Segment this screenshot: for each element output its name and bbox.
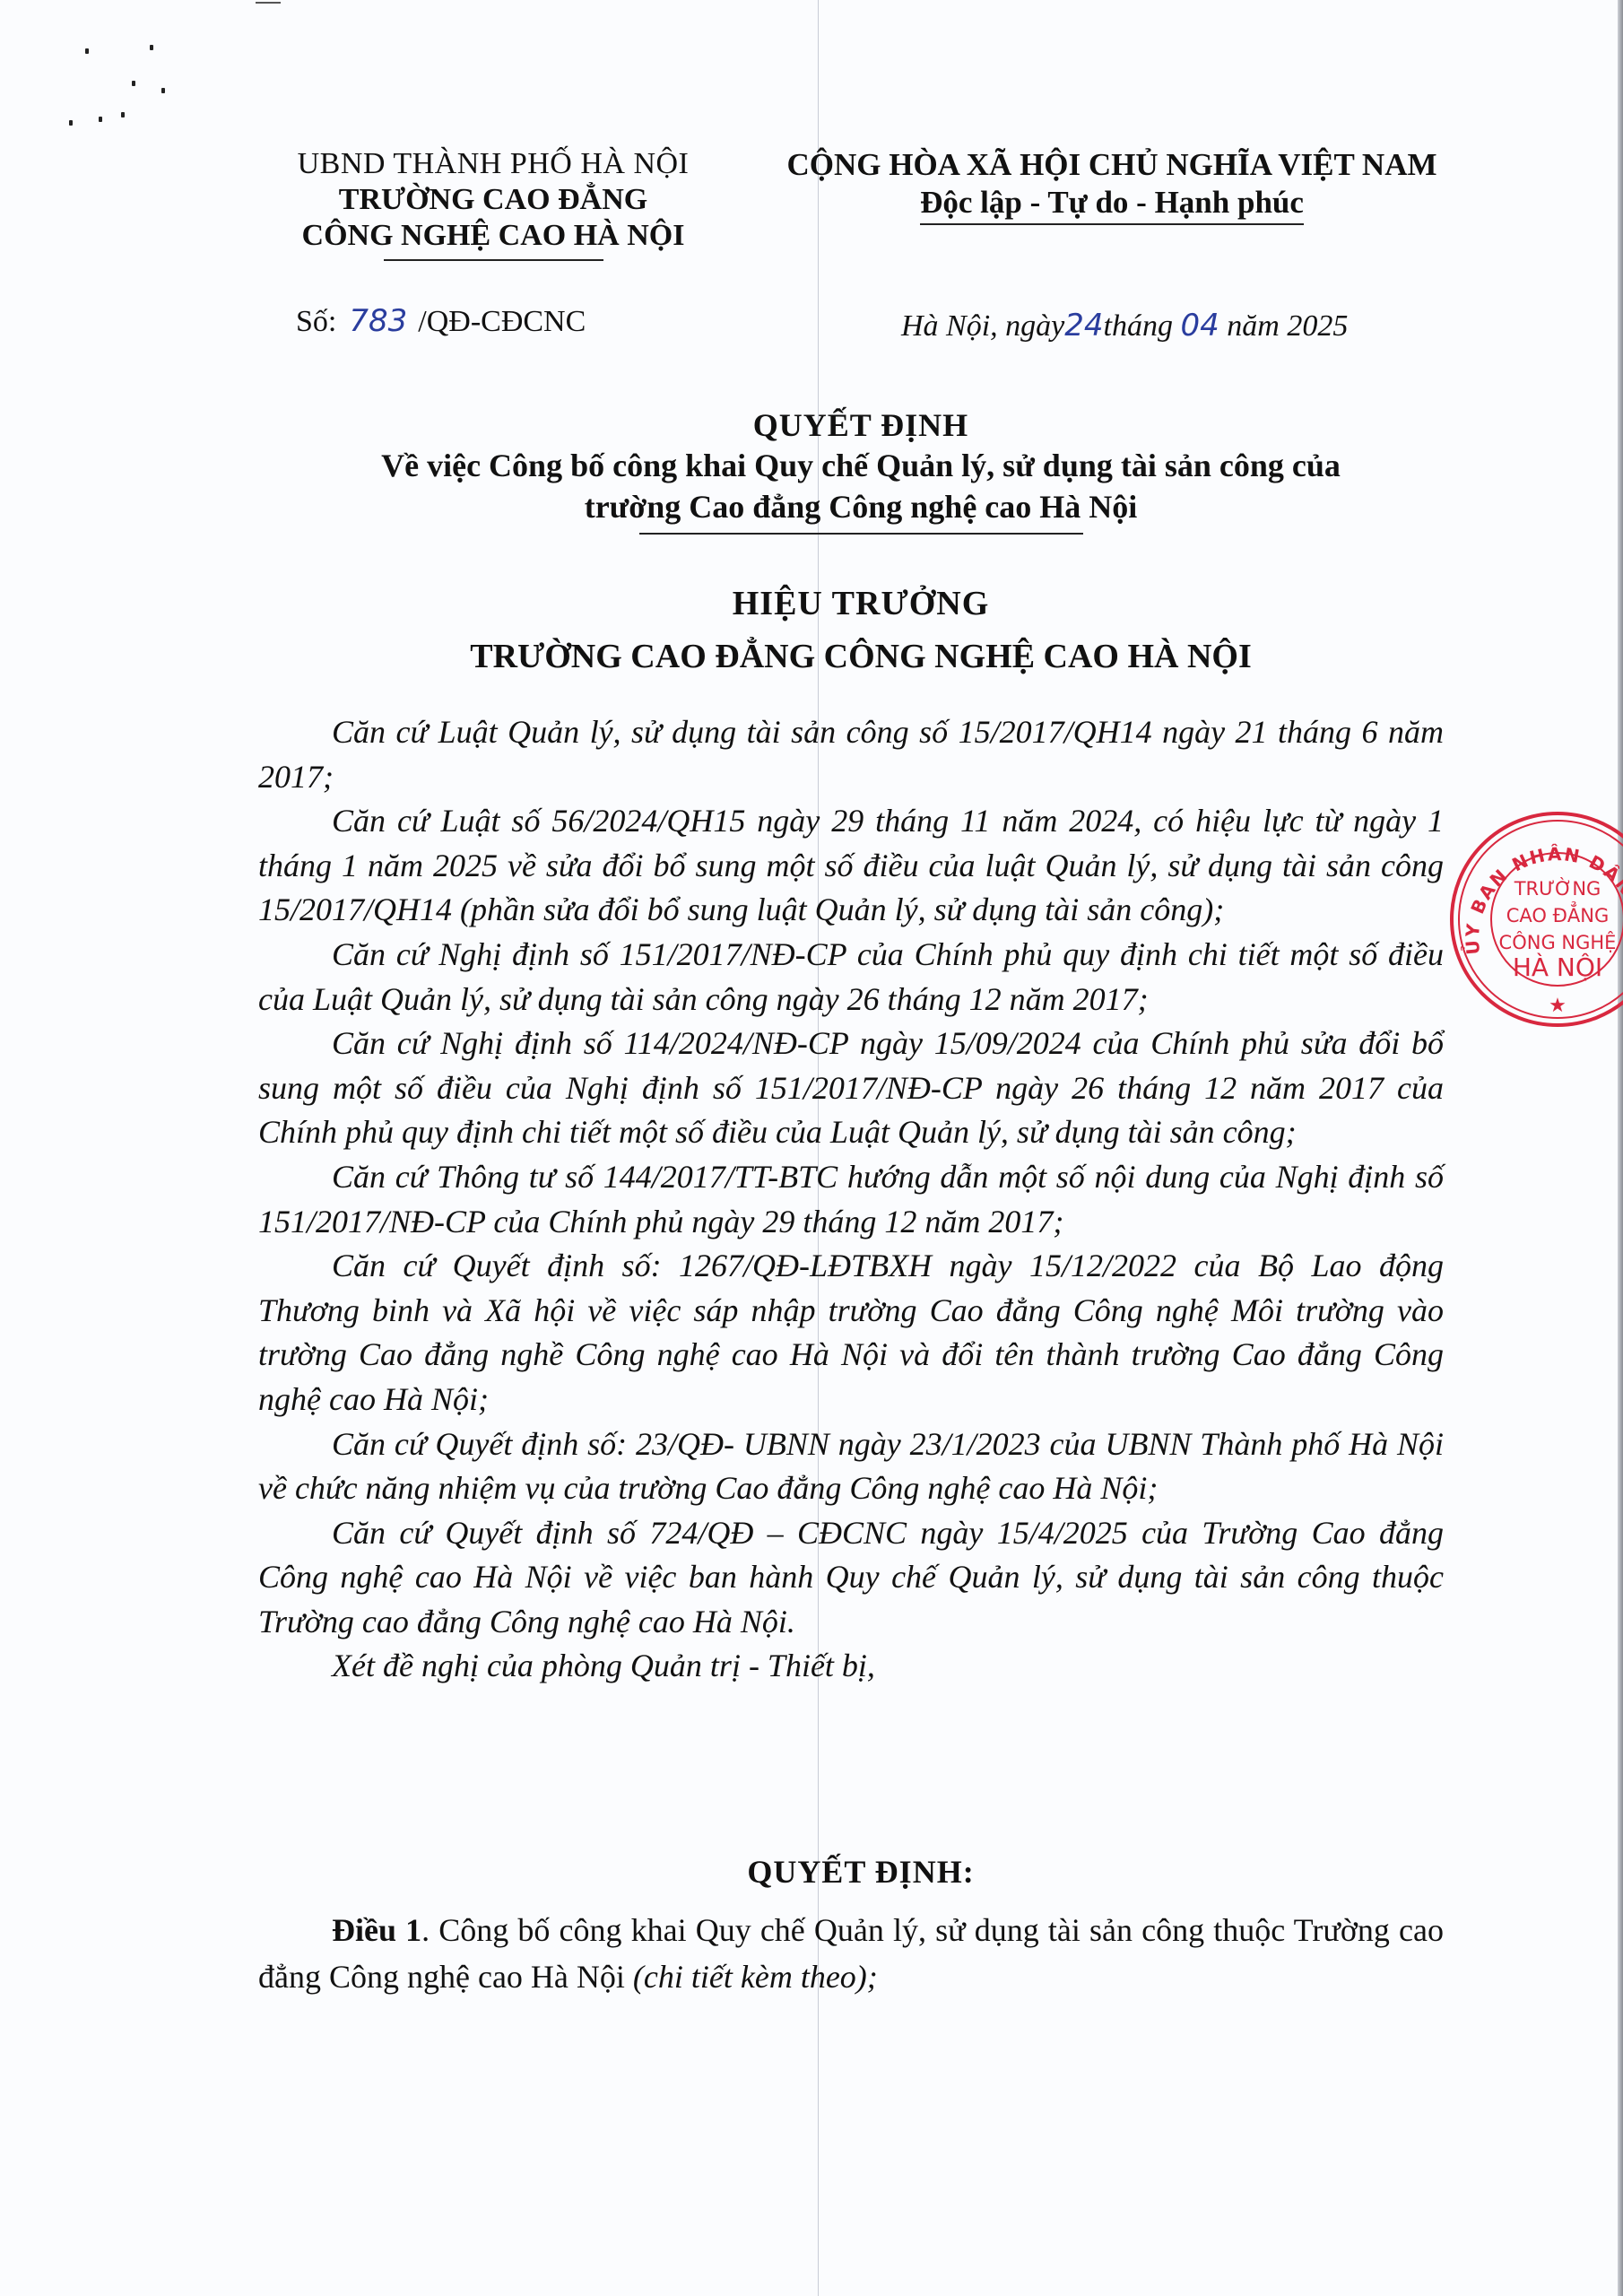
year-text: năm 2025 xyxy=(1227,309,1348,343)
svg-text:HÀ NỘI: HÀ NỘI xyxy=(1513,952,1602,982)
svg-text:CAO ĐẲNG: CAO ĐẲNG xyxy=(1506,901,1610,926)
document-type: QUYẾT ĐỊNH xyxy=(269,405,1453,445)
legal-basis-item: Căn cứ Luật số 56/2024/QH15 ngày 29 thán… xyxy=(258,799,1444,933)
legal-basis-item: Căn cứ Thông tư số 144/2017/TT-BTC hướng… xyxy=(258,1155,1444,1244)
national-motto: Độc lập - Tự do - Hạnh phúc xyxy=(920,184,1304,225)
proposal-basis: Xét đề nghị của phòng Quản trị - Thiết b… xyxy=(258,1644,1444,1689)
month-label: tháng xyxy=(1104,309,1173,343)
seal-icon: ỦY BAN NHÂN DÂN THÀNH PHỐ HÀ NỘI TRƯỜNGC… xyxy=(1445,807,1623,1031)
staple-marks xyxy=(49,45,175,143)
document-subject-line2: trường Cao đẳng Công nghệ cao Hà Nội xyxy=(269,486,1453,527)
document-page: UBND THÀNH PHỐ HÀ NỘI TRƯỜNG CAO ĐẲNG CÔ… xyxy=(0,0,1623,2296)
legal-basis-item: Căn cứ Quyết định số 724/QĐ – CĐCNC ngày… xyxy=(258,1511,1444,1645)
organization-name-line2: CÔNG NGHỆ CAO HÀ NỘI xyxy=(260,218,726,254)
document-subject-line1: Về việc Công bố công khai Quy chế Quản l… xyxy=(269,445,1453,486)
authority-title: HIỆU TRƯỞNG xyxy=(269,581,1453,626)
header-divider xyxy=(384,259,603,261)
svg-text:TRƯỜNG: TRƯỜNG xyxy=(1514,877,1601,900)
legal-basis-item: Căn cứ Quyết định số: 23/QĐ- UBNN ngày 2… xyxy=(258,1422,1444,1511)
authority-organization: TRƯỜNG CAO ĐẲNG CÔNG NGHỆ CAO HÀ NỘI xyxy=(269,631,1453,682)
official-seal: ỦY BAN NHÂN DÂN THÀNH PHỐ HÀ NỘI TRƯỜNGC… xyxy=(1445,807,1623,1031)
day-handwritten: 24 xyxy=(1064,308,1103,344)
legal-basis-item: Căn cứ Luật Quản lý, sử dụng tài sản côn… xyxy=(258,710,1444,799)
organization-name-line1: TRƯỜNG CAO ĐẲNG xyxy=(260,182,726,218)
svg-text:★: ★ xyxy=(1549,994,1567,1016)
issuing-authority-block: UBND THÀNH PHỐ HÀ NỘI TRƯỜNG CAO ĐẲNG CÔ… xyxy=(260,146,726,261)
document-number: Số:783/QĐ-CĐCNC xyxy=(296,303,586,339)
svg-text:CÔNG NGHỆ: CÔNG NGHỆ xyxy=(1499,931,1617,953)
scan-mark xyxy=(256,2,281,4)
date-prefix: Hà Nội, ngày xyxy=(901,309,1064,343)
parent-organization: UBND THÀNH PHỐ HÀ NỘI xyxy=(260,146,726,182)
legal-basis-item: Căn cứ Quyết định số: 1267/QĐ-LĐTBXH ngà… xyxy=(258,1244,1444,1422)
signing-authority: HIỆU TRƯỞNG TRƯỜNG CAO ĐẲNG CÔNG NGHỆ CA… xyxy=(269,581,1453,682)
legal-basis-item: Căn cứ Nghị định số 151/2017/NĐ-CP của C… xyxy=(258,933,1444,1022)
title-divider xyxy=(639,533,1083,535)
document-title-block: QUYẾT ĐỊNH Về việc Công bố công khai Quy… xyxy=(269,405,1453,535)
doc-number-handwritten: 783 xyxy=(349,303,407,339)
issue-date: Hà Nội, ngày24tháng 04 năm 2025 xyxy=(901,308,1348,344)
month-handwritten: 04 xyxy=(1181,308,1219,344)
legal-basis-item: Căn cứ Nghị định số 114/2024/NĐ-CP ngày … xyxy=(258,1022,1444,1155)
legal-bases: Căn cứ Luật Quản lý, sử dụng tài sản côn… xyxy=(258,710,1444,1689)
article-note: (chi tiết kèm theo); xyxy=(633,1959,878,1995)
doc-number-suffix: /QĐ-CĐCNC xyxy=(418,305,586,338)
page-edge xyxy=(1618,0,1623,2296)
national-title: CỘNG HÒA XÃ HỘI CHỦ NGHĨA VIỆT NAM xyxy=(753,146,1471,184)
decision-heading: QUYẾT ĐỊNH: xyxy=(269,1853,1453,1891)
article-label: Điều 1 xyxy=(332,1912,421,1948)
article-1: Điều 1. Công bố công khai Quy chế Quản l… xyxy=(258,1907,1444,2000)
national-header-block: CỘNG HÒA XÃ HỘI CHỦ NGHĨA VIỆT NAM Độc l… xyxy=(753,146,1471,225)
doc-number-prefix: Số: xyxy=(296,305,336,338)
